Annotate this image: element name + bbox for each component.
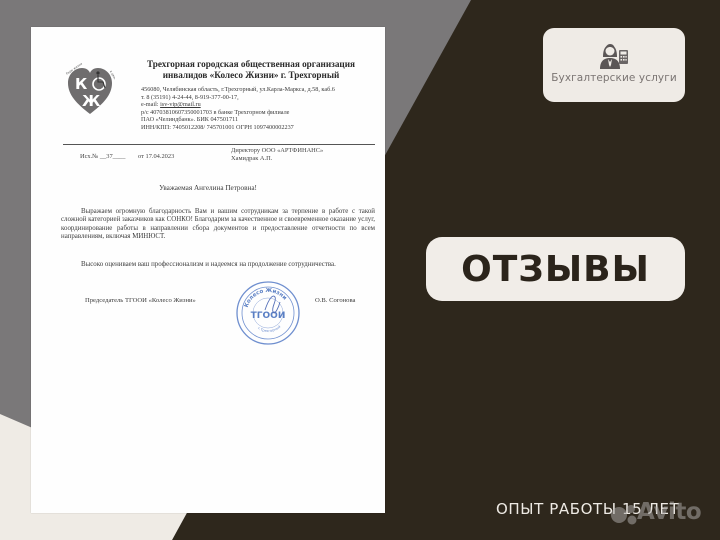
salutation: Уважаемая Ангелина Петровна! [31, 184, 385, 192]
organization-address: 456080, Челябинская область, г.Трехгорны… [141, 86, 381, 94]
svg-text:К: К [75, 75, 88, 93]
service-card: Бухгалтерские услуги [543, 28, 685, 102]
avito-watermark: Avito [610, 498, 714, 528]
letterhead-divider [63, 144, 375, 145]
recipient-line1: Директору ООО «АРТФИНАНС» [231, 147, 323, 155]
reference-number: Исх.№ __37____ [80, 153, 125, 160]
organization-title: Трехгорная городская общественная органи… [126, 59, 376, 81]
accountant-icon [599, 41, 629, 69]
email-link[interactable]: isv-vip@mail.ru [160, 101, 201, 108]
thank-you-letter: К Ж Ради жизни в движении Трехгорная гор… [31, 27, 385, 513]
signatory-name: О.В. Согонова [315, 297, 355, 304]
reviews-badge: ОТЗЫВЫ [426, 237, 685, 301]
organization-inn: ИНН/КПП: 7405012208/ 745701001 ОГРН 1097… [141, 124, 381, 132]
organization-bank: ПАО «Челиндбанк». БИК 047501711 [141, 116, 381, 124]
organization-title-line2: инвалидов «Колесо Жизни» г. Трехгорный [126, 70, 376, 81]
heart-logo-icon: К Ж Ради жизни в движении [65, 62, 115, 117]
avito-watermark-label: Avito [637, 499, 701, 525]
svg-text:Ж: Ж [82, 92, 101, 110]
letter-paragraph-1: Выражаем огромную благодарность Вам и ва… [61, 208, 375, 241]
reference-date: от 17.04.2023 [138, 153, 174, 160]
organization-details: 456080, Челябинская область, г.Трехгорны… [141, 86, 381, 132]
avito-logo-icon [610, 502, 638, 526]
organization-phone: т. 8 (35191) 4-24-44, 8-919-377-00-17, [141, 94, 381, 102]
organization-email-line: e-mail: isv-vip@mail.ru [141, 101, 381, 109]
email-label: e-mail: [141, 101, 160, 108]
organization-account: р/с 40703810607350001703 в банке Трехгор… [141, 109, 381, 117]
signatory-role: Председатель ТГООИ «Колесо Жизни» [85, 297, 196, 304]
svg-text:ТГООИ: ТГООИ [251, 311, 286, 321]
organization-title-line1: Трехгорная городская общественная органи… [126, 59, 376, 70]
service-card-label: Бухгалтерские услуги [543, 72, 685, 84]
recipient-line2: Хамидрак А.П. [231, 155, 323, 163]
letter-paragraph-2: Высоко оцениваем ваш профессионализм и н… [61, 261, 375, 269]
recipient: Директору ООО «АРТФИНАНС» Хамидрак А.П. [231, 147, 323, 163]
stamp-icon: Колесо Жизни ТГООИ г.Трехгорный [235, 280, 301, 346]
reviews-badge-label: ОТЗЫВЫ [461, 249, 650, 290]
